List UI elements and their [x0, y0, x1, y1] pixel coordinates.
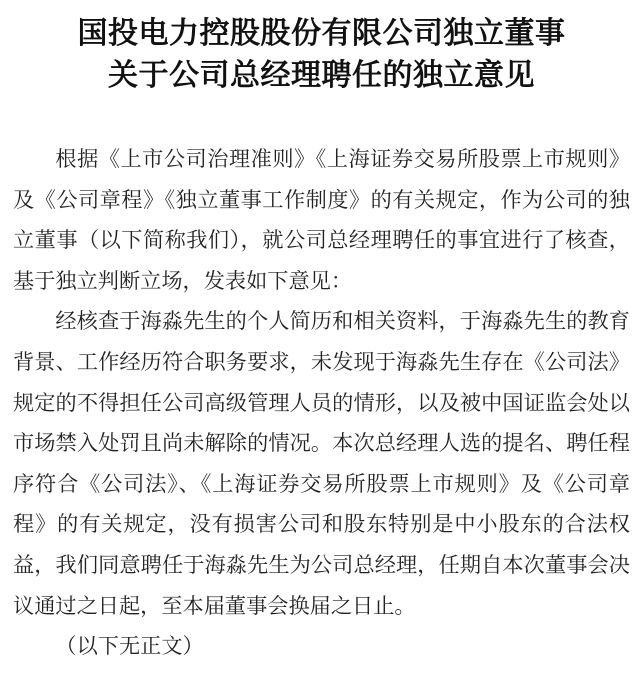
paragraph-regulatory-basis: 根据《上市公司治理准则》《上海证券交易所股票上市规则》及《公司章程》《独立董事工…	[13, 139, 630, 301]
document-title: 国投电力控股股份有限公司独立董事 关于公司总经理聘任的独立意见	[0, 13, 643, 97]
document-page: 国投电力控股股份有限公司独立董事 关于公司总经理聘任的独立意见 根据《上市公司治…	[0, 0, 643, 696]
paragraph-no-further-text-note: （以下无正文）	[13, 626, 630, 667]
document-body: 根据《上市公司治理准则》《上海证券交易所股票上市规则》及《公司章程》《独立董事工…	[13, 139, 630, 667]
title-line-1: 国投电力控股股份有限公司独立董事	[0, 13, 643, 55]
title-line-2: 关于公司总经理聘任的独立意见	[0, 55, 643, 97]
paragraph-independent-opinion: 经核查于海淼先生的个人简历和相关资料，于海淼先生的教育背景、工作经历符合职务要求…	[13, 301, 630, 626]
